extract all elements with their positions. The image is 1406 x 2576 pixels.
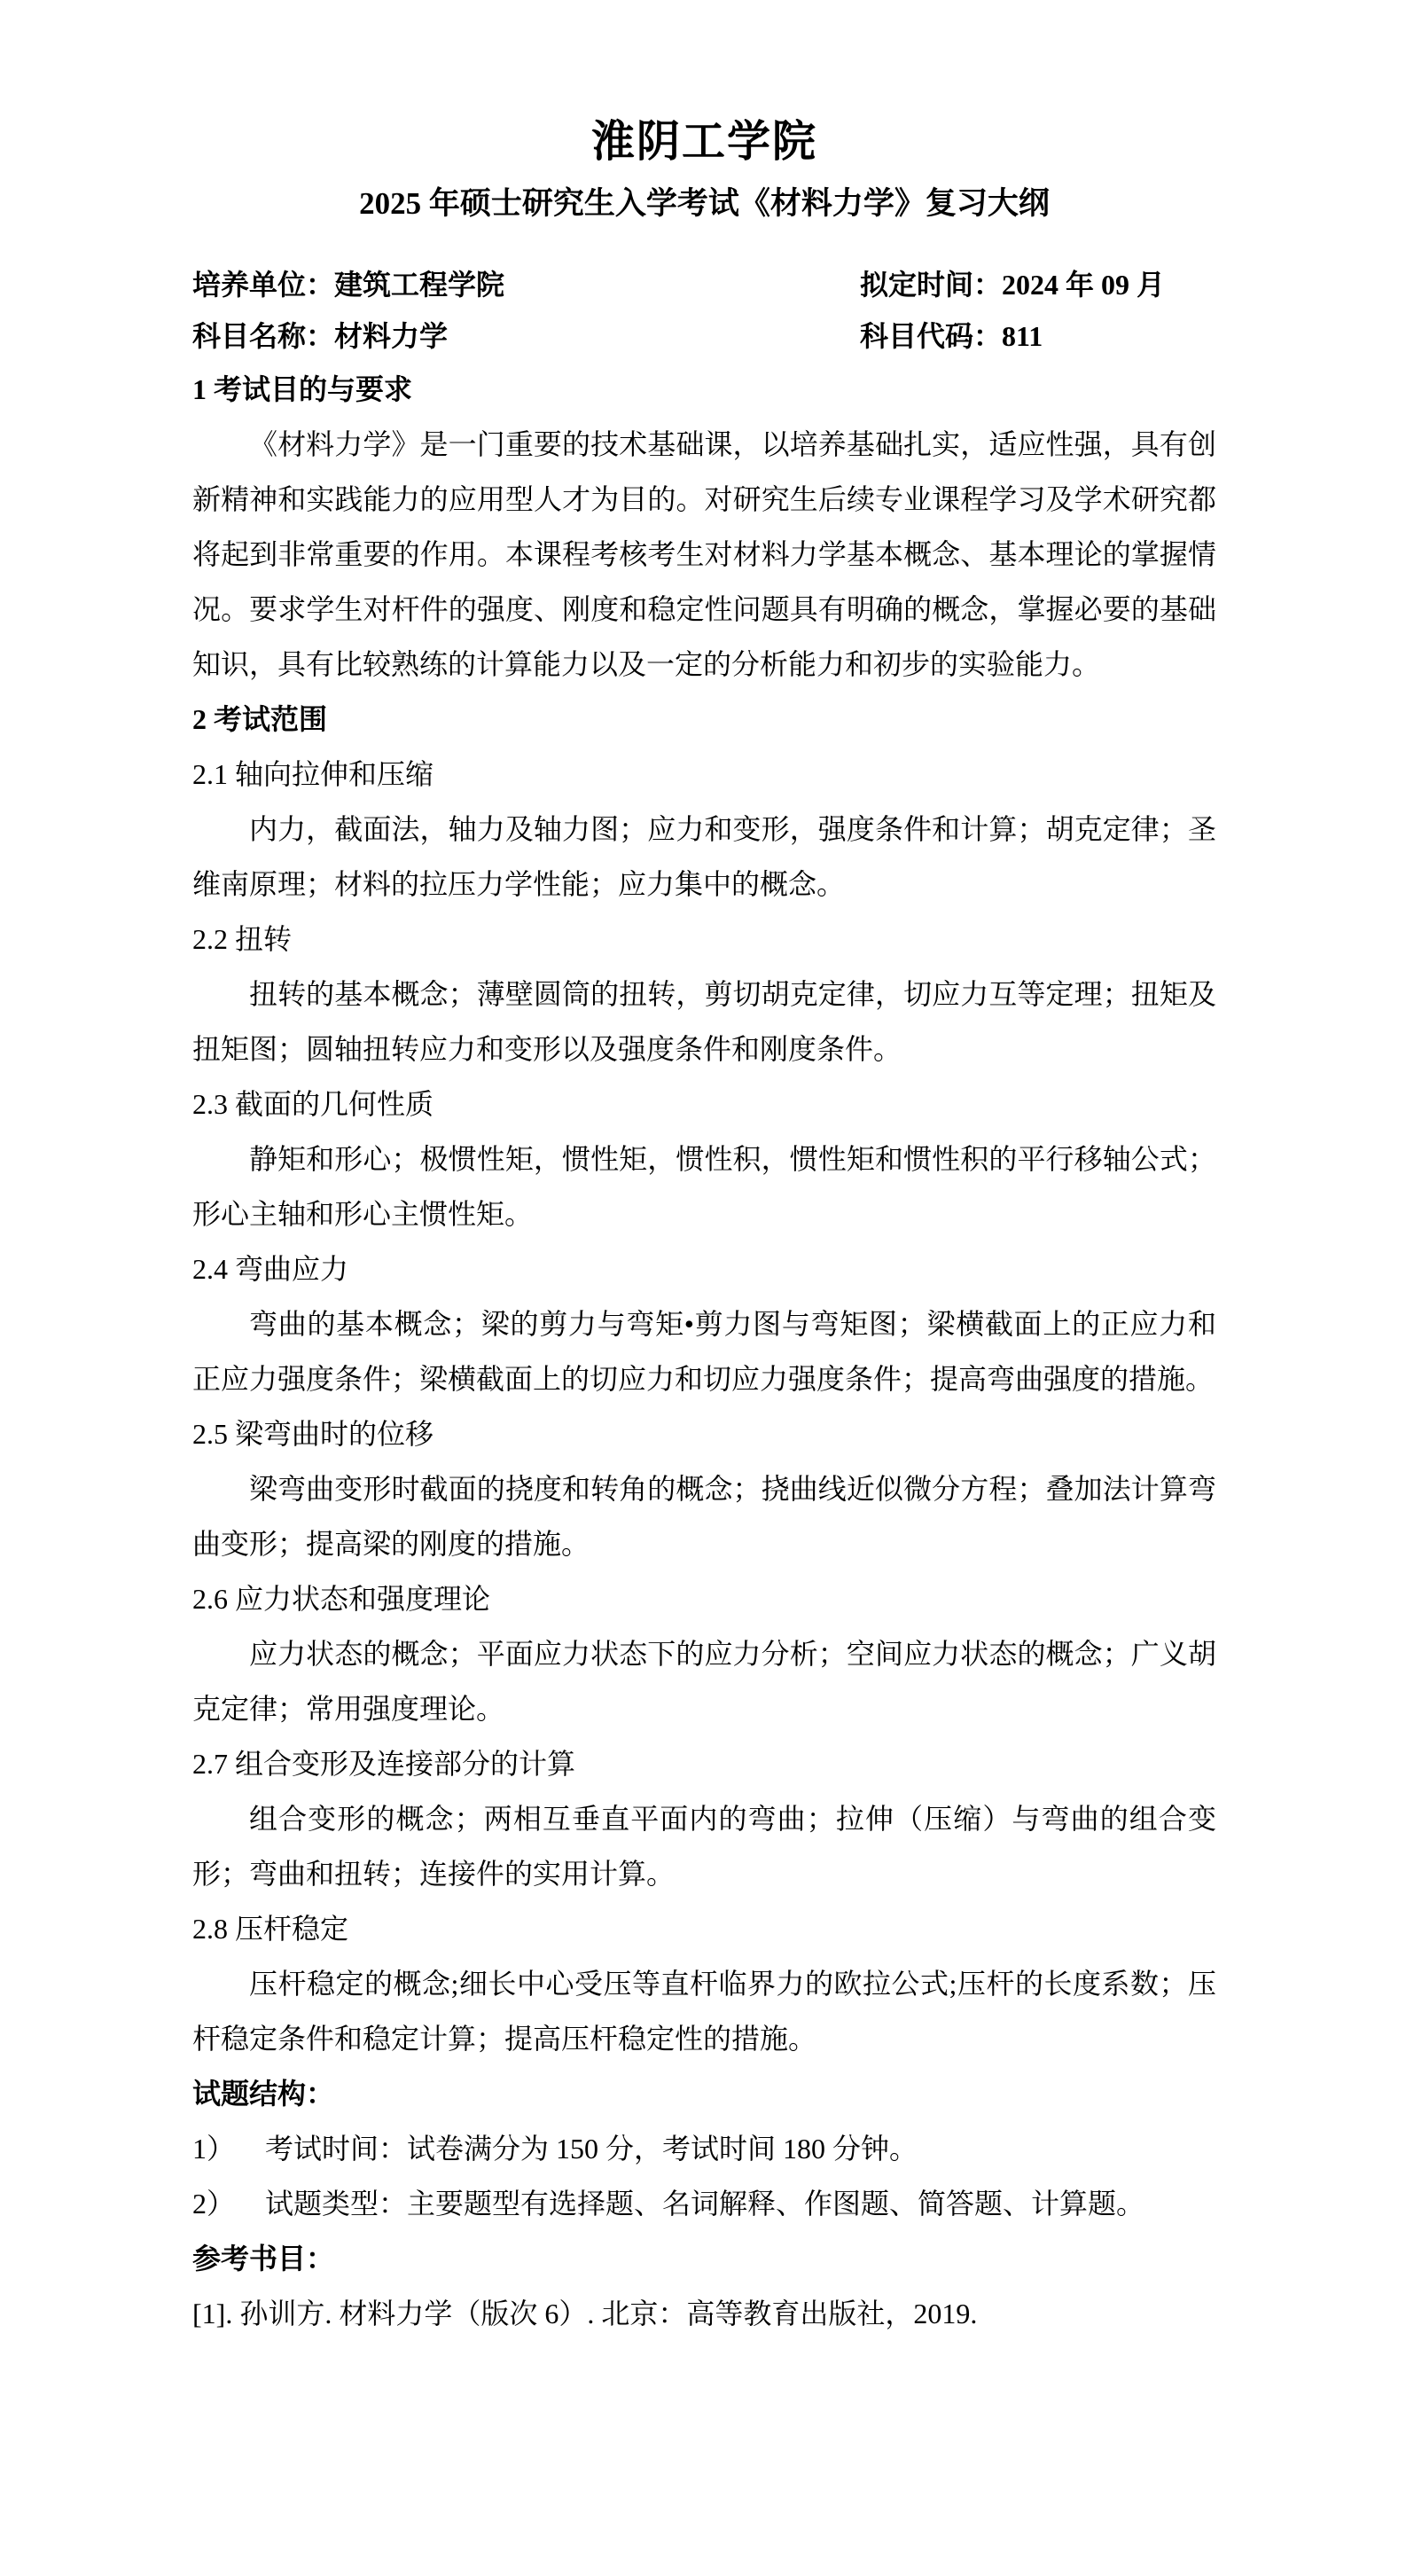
subsection-heading-2-4: 2.4 弯曲应力 [192, 1241, 1216, 1296]
subsection-body-2-8: 压杆稳定的概念;细长中心受压等直杆临界力的欧拉公式;压杆的长度系数；压杆稳定条件… [192, 1956, 1216, 2066]
document-page: 淮阴工学院 2025 年硕士研究生入学考试《材料力学》复习大纲 培养单位：建筑工… [0, 0, 1406, 2576]
subsection-heading-2-3: 2.3 截面的几何性质 [192, 1077, 1216, 1131]
subsection-body-2-2: 扭转的基本概念；薄壁圆筒的扭转，剪切胡克定律，切应力互等定理；扭矩及扭矩图；圆轴… [192, 967, 1216, 1077]
subsection-heading-2-7: 2.7 组合变形及连接部分的计算 [192, 1736, 1216, 1791]
section1-body: 《材料力学》是一门重要的技术基础课，以培养基础扎实，适应性强，具有创新精神和实践… [192, 417, 1216, 692]
meta-row: 科目名称：材料力学 科目代码：811 [192, 310, 1216, 362]
meta-training-unit-label: 培养单位： [192, 269, 334, 301]
meta-training-unit-value: 建筑工程学院 [334, 269, 504, 301]
meta-draft-date-value: 2024 年 09 月 [1002, 269, 1165, 301]
meta-subject-code-label: 科目代码： [860, 320, 1002, 352]
doc-title: 淮阴工学院 [192, 115, 1216, 168]
subsection-heading-2-6: 2.6 应力状态和强度理论 [192, 1571, 1216, 1626]
subsection-heading-2-2: 2.2 扭转 [192, 912, 1216, 967]
meta-draft-date-label: 拟定时间： [860, 269, 1002, 301]
subsection-body-2-5: 梁弯曲变形时截面的挠度和转角的概念；挠曲线近似微分方程；叠加法计算弯曲变形；提高… [192, 1461, 1216, 1571]
list-item: 2） 试题类型：主要题型有选择题、名词解释、作图题、简答题、计算题。 [192, 2176, 1216, 2231]
meta-subject-name-label: 科目名称： [192, 320, 334, 352]
reference-item: [1]. 孙训方. 材料力学（版次 6）. 北京：高等教育出版社，2019. [192, 2286, 1216, 2341]
subsection-body-2-7: 组合变形的概念；两相互垂直平面内的弯曲；拉伸（压缩）与弯曲的组合变形；弯曲和扭转… [192, 1791, 1216, 1901]
subsection-body-2-3: 静矩和形心；极惯性矩，惯性矩，惯性积，惯性矩和惯性积的平行移轴公式；形心主轴和形… [192, 1131, 1216, 1241]
list-marker: 1） [192, 2121, 235, 2176]
subsection-heading-2-8: 2.8 压杆稳定 [192, 1901, 1216, 1956]
subsection-heading-2-1: 2.1 轴向拉伸和压缩 [192, 747, 1216, 802]
meta-subject-code: 科目代码：811 [860, 310, 1216, 362]
subsection-heading-2-5: 2.5 梁弯曲时的位移 [192, 1406, 1216, 1461]
subsection-body-2-6: 应力状态的概念；平面应力状态下的应力分析；空间应力状态的概念；广义胡克定律；常用… [192, 1626, 1216, 1736]
section1-heading: 1 考试目的与要求 [192, 362, 1216, 417]
meta-draft-date: 拟定时间：2024 年 09 月 [860, 259, 1216, 310]
meta-subject-name-value: 材料力学 [334, 320, 448, 352]
meta-training-unit: 培养单位：建筑工程学院 [192, 259, 860, 310]
list-item: 1） 考试时间：试卷满分为 150 分，考试时间 180 分钟。 [192, 2121, 1216, 2176]
list-text: 试题类型：主要题型有选择题、名词解释、作图题、简答题、计算题。 [265, 2176, 1216, 2231]
references-heading: 参考书目： [192, 2231, 1216, 2286]
meta-block: 培养单位：建筑工程学院 拟定时间：2024 年 09 月 科目名称：材料力学 科… [192, 259, 1216, 362]
doc-subtitle: 2025 年硕士研究生入学考试《材料力学》复习大纲 [192, 183, 1216, 225]
subsection-body-2-1: 内力，截面法，轴力及轴力图；应力和变形，强度条件和计算；胡克定律；圣维南原理；材… [192, 802, 1216, 912]
meta-row: 培养单位：建筑工程学院 拟定时间：2024 年 09 月 [192, 259, 1216, 310]
list-marker: 2） [192, 2176, 235, 2231]
section2-heading: 2 考试范围 [192, 692, 1216, 747]
subsection-body-2-4: 弯曲的基本概念；梁的剪力与弯矩•剪力图与弯矩图；梁横截面上的正应力和正应力强度条… [192, 1296, 1216, 1406]
meta-subject-code-value: 811 [1002, 320, 1043, 352]
structure-heading: 试题结构： [192, 2066, 1216, 2121]
list-text: 考试时间：试卷满分为 150 分，考试时间 180 分钟。 [265, 2121, 1216, 2176]
meta-subject-name: 科目名称：材料力学 [192, 310, 860, 362]
